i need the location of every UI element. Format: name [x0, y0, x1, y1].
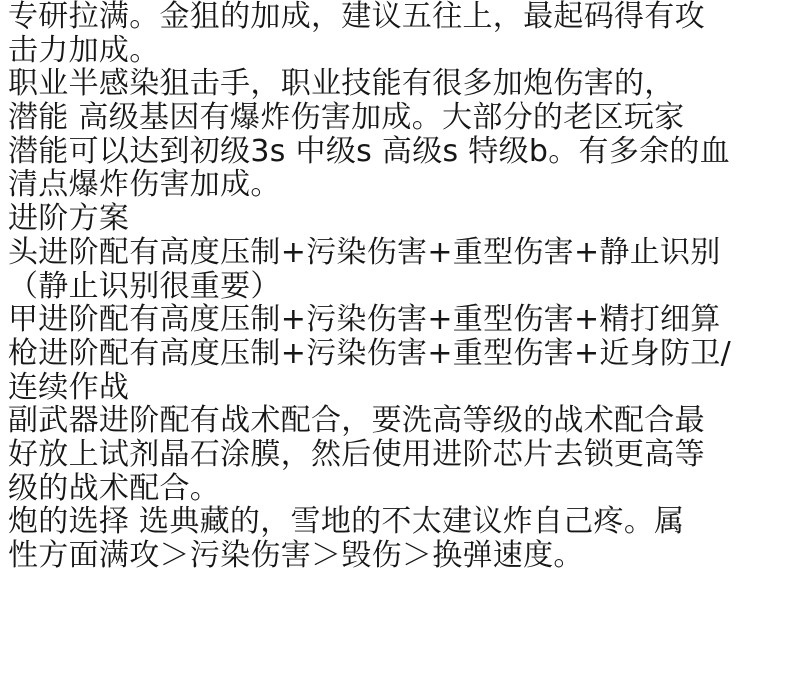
- text-line: 连续作战: [8, 371, 800, 405]
- text-line: 清点爆炸伤害加成。: [8, 168, 800, 202]
- text-line: 枪进阶配有高度压制+污染伤害+重型伤害+近身防卫/: [8, 337, 800, 371]
- text-line: （静止识别很重要）: [8, 270, 800, 304]
- text-line: 潜能 高级基因有爆炸伤害加成。大部分的老区玩家: [8, 101, 800, 135]
- section-heading: 进阶方案: [8, 202, 800, 236]
- text-line: 副武器进阶配有战术配合，要洗高等级的战术配合最: [8, 404, 800, 438]
- text-line: 击力加成。: [8, 34, 800, 68]
- text-line: 职业半感染狙击手，职业技能有很多加炮伤害的，: [8, 67, 800, 101]
- text-line: 性方面满攻＞污染伤害＞毁伤＞换弹速度。: [8, 539, 800, 573]
- text-line: 甲进阶配有高度压制+污染伤害+重型伤害+精打细算: [8, 303, 800, 337]
- text-line: 专研拉满。金狙的加成，建议五往上，最起码得有攻: [8, 0, 800, 34]
- text-line: 级的战术配合。: [8, 472, 800, 506]
- text-line: [8, 573, 800, 607]
- text-line: [8, 640, 800, 674]
- text-line: [8, 606, 800, 640]
- text-document: 专研拉满。金狙的加成，建议五往上，最起码得有攻 击力加成。 职业半感染狙击手，职…: [8, 0, 800, 674]
- text-line: 好放上试剂晶石涂膜，然后使用进阶芯片去锁更高等: [8, 438, 800, 472]
- text-line: 炮的选择 选典藏的，雪地的不太建议炸自己疼。属: [8, 505, 800, 539]
- text-line: 头进阶配有高度压制+污染伤害+重型伤害+静止识别: [8, 236, 800, 270]
- text-line: 潜能可以达到初级3s 中级s 高级s 特级b。有多余的血: [8, 135, 800, 169]
